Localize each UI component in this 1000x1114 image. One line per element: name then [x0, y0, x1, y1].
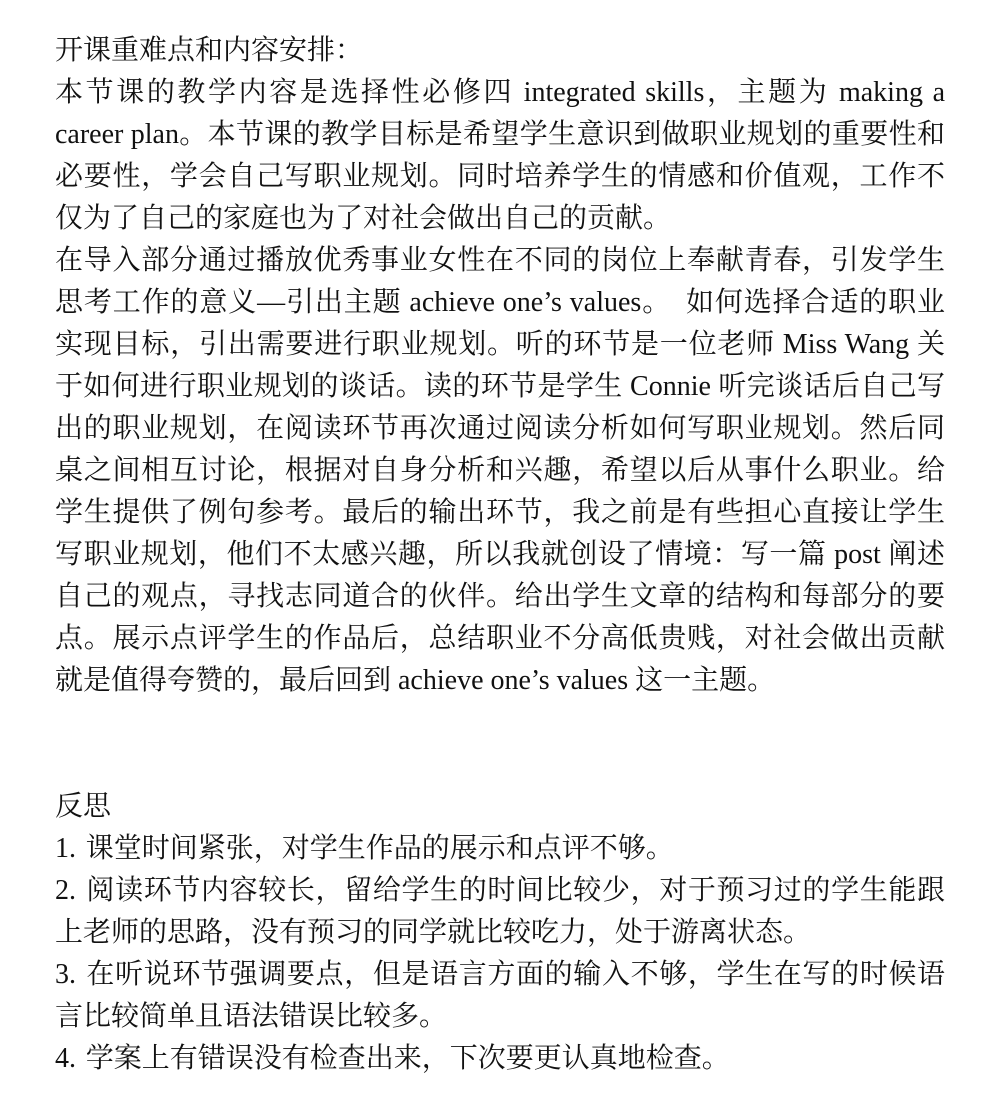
- reflection-item: 1.课堂时间紧张，对学生作品的展示和点评不够。: [55, 828, 945, 870]
- reflection-item-text: 阅读环节内容较长，留给学生的时间比较少，对于预习过的学生能跟上老师的思路，没有预…: [55, 875, 945, 948]
- document-page: 开课重难点和内容安排： 本节课的教学内容是选择性必修四 integrated s…: [0, 0, 1000, 1114]
- reflection-item: 2.阅读环节内容较长，留给学生的时间比较少，对于预习过的学生能跟上老师的思路，没…: [55, 870, 945, 954]
- reflection-item-text: 在听说环节强调要点，但是语言方面的输入不够，学生在写的时候语言比较简单且语法错误…: [55, 959, 945, 1032]
- reflection-item: 4.学案上有错误没有检查出来，下次要更认真地检查。: [55, 1038, 945, 1080]
- reflection-item-number: 4.: [55, 1043, 76, 1074]
- lesson-paragraph-overview: 本节课的教学内容是选择性必修四 integrated skills，主题为 ma…: [55, 72, 945, 240]
- reflection-item-text: 课堂时间紧张，对学生作品的展示和点评不够。: [86, 833, 674, 864]
- section-heading-reflection: 反思: [55, 786, 945, 828]
- reflection-item-text: 学案上有错误没有检查出来，下次要更认真地检查。: [86, 1043, 730, 1074]
- reflection-item-number: 2.: [55, 875, 76, 906]
- reflection-item-number: 1.: [55, 833, 76, 864]
- section-heading-lesson-content: 开课重难点和内容安排：: [55, 30, 945, 72]
- reflection-item-number: 3.: [55, 959, 76, 990]
- reflection-item: 3.在听说环节强调要点，但是语言方面的输入不够，学生在写的时候语言比较简单且语法…: [55, 954, 945, 1038]
- lesson-paragraph-procedure: 在导入部分通过播放优秀事业女性在不同的岗位上奉献青春，引发学生思考工作的意义—引…: [55, 240, 945, 702]
